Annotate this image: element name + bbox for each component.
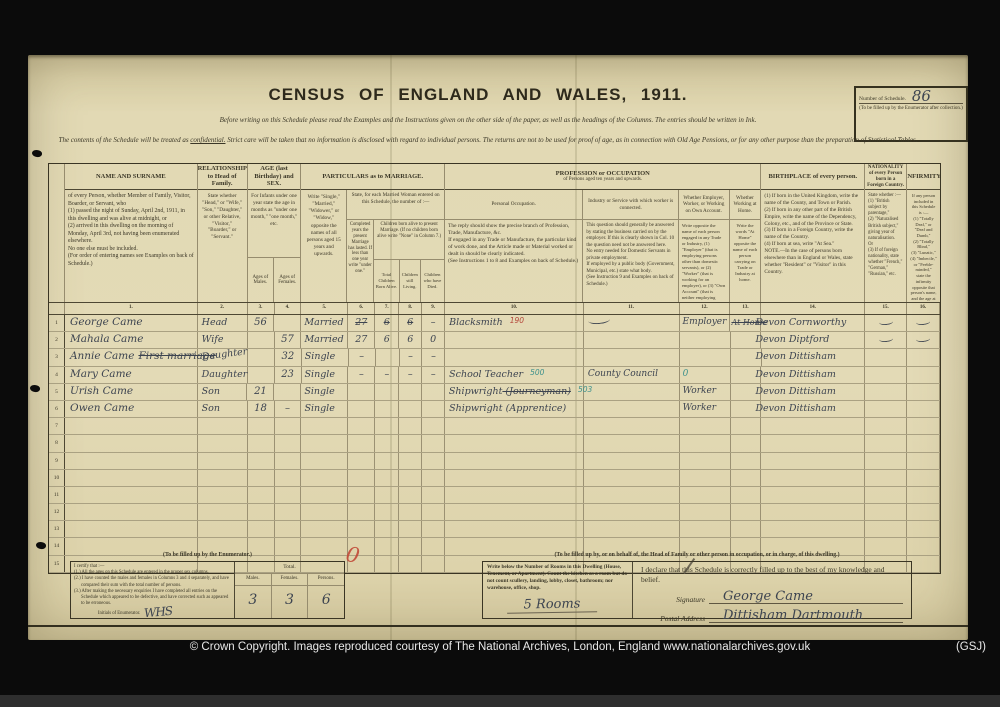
declaration-box: Write below the Number of Rooms in this … (482, 561, 912, 619)
cell-rel: Son (198, 401, 248, 417)
cell-nat (865, 367, 907, 383)
cell-age_m (248, 418, 275, 434)
cell-name: Owen Came (65, 401, 198, 417)
cell-marriage (301, 453, 348, 469)
column-number: 5. (301, 303, 348, 314)
enumerator-box: I certify that :— (1.) All the ages on t… (70, 561, 345, 619)
cell-born (375, 504, 399, 520)
cell-birthplace: Devon Diptford (761, 332, 865, 348)
cell-num: 1 (49, 315, 65, 331)
squiggle-mark (916, 318, 930, 325)
cell-died (422, 401, 445, 417)
cell-nat (865, 401, 907, 417)
cell-name: Annie CameFirst marriage (65, 349, 198, 365)
cell-inf (907, 401, 940, 417)
cell-industry (584, 521, 680, 537)
age-title: AGE (last Birthday) and SEX. (248, 164, 301, 190)
cell-age_m: 21 (247, 384, 274, 400)
infirmity-desc: If any person included in this Schedule … (907, 190, 940, 302)
cell-industry (584, 470, 680, 486)
cell-years: 27 (348, 315, 375, 331)
employer-desc: Write opposite the name of each person e… (679, 220, 729, 302)
cell-age_f (275, 521, 302, 537)
cell-age_f (274, 315, 301, 331)
cell-occupation (445, 504, 584, 520)
table-row: 1George CameHead56Married2766–Blacksmith… (49, 315, 940, 332)
marriage-title: PARTICULARS as to MARRIAGE. (301, 164, 444, 190)
cell-num: 14 (49, 538, 65, 554)
cell-occupation (445, 349, 584, 365)
cell-occupation (445, 435, 584, 451)
marriage-write-desc: Write "Single," "Married," "Widower," or… (301, 190, 347, 302)
cell-inf (907, 521, 940, 537)
birthplace-desc: (1) If born in the United Kingdom, write… (761, 190, 864, 302)
cell-nat (865, 521, 907, 537)
cell-industry (584, 487, 680, 503)
cell-nat (865, 504, 907, 520)
cell-nat (865, 470, 907, 486)
cell-employer (680, 521, 731, 537)
cell-rel (198, 504, 248, 520)
cell-num: 13 (49, 521, 65, 537)
declaration-cell: I declare that this Schedule is correctl… (633, 562, 911, 618)
cell-occupation: Shipwright (Journeyman)503 (445, 384, 584, 400)
initials-label: Initials of Enumerator. (98, 611, 140, 617)
cell-died: – (422, 315, 445, 331)
profession-title-sub: of Persons aged ten years and upwards. (563, 177, 642, 183)
age-desc: For Infants under one year state the age… (248, 190, 301, 258)
children-total-label: Total Children Born Alive. (374, 260, 400, 302)
cell-birthplace (761, 470, 865, 486)
table-row: 11 (49, 487, 940, 504)
column-number: 3. (248, 303, 275, 314)
cell-num: 9 (49, 453, 65, 469)
cell-died (422, 435, 445, 451)
cell-occupation (445, 487, 584, 503)
cell-inf (907, 315, 940, 331)
col-name-header: NAME AND SURNAME of every Person, whethe… (65, 164, 198, 302)
industry-desc: This question should generally be answer… (583, 220, 677, 302)
cell-marriage (301, 418, 348, 434)
cell-industry (584, 384, 680, 400)
signature-handwritten: George Came (709, 590, 903, 604)
column-number: 15. (865, 303, 907, 314)
cell-living (399, 418, 422, 434)
column-number: 12. (680, 303, 731, 314)
cell-years (348, 521, 375, 537)
cell-num: 4 (49, 367, 65, 383)
cell-inf (907, 538, 940, 554)
instruction-confidential-pre: The contents of the Schedule will be tre… (59, 136, 191, 144)
cell-industry (584, 418, 680, 434)
cell-inf (907, 367, 940, 383)
cell-living (399, 538, 422, 554)
nationality-title: NATIONALITY of every Person born in a Fo… (865, 164, 906, 190)
children-living-label: Children still Living. (400, 260, 421, 302)
cell-occupation: Shipwright (Apprentice) (445, 401, 584, 417)
cell-nat (865, 315, 907, 331)
declaration-section-heading: (To be filled up by, or on behalf of, th… (482, 552, 912, 558)
cell-died (422, 384, 445, 400)
cell-employer (680, 453, 731, 469)
table-row: 7 (49, 418, 940, 435)
cell-inf (907, 435, 940, 451)
cell-employer (680, 349, 731, 365)
cell-occupation (445, 453, 584, 469)
cell-occupation (445, 332, 584, 348)
cell-living: 6 (399, 315, 422, 331)
persons-label: Persons. (308, 574, 344, 585)
cell-inf (907, 453, 940, 469)
occupation-code: 500 (530, 368, 544, 377)
cell-name (65, 435, 198, 451)
cell-rel (198, 418, 248, 434)
instruction-confidential-post: Strict care will be taken that no inform… (226, 136, 800, 144)
cell-living: 6 (399, 332, 422, 348)
cell-birthplace (761, 418, 865, 434)
enumerator-initials-signature: WHS (144, 606, 173, 618)
cell-inf (907, 556, 940, 572)
cell-rel (198, 487, 248, 503)
column-number: 13. (730, 303, 761, 314)
column-number: 8. (399, 303, 422, 314)
cell-inf (907, 487, 940, 503)
cell-industry (584, 332, 680, 348)
postal-address-label: Postal Address (641, 614, 709, 623)
cell-age_f (275, 487, 302, 503)
cell-home (731, 487, 762, 503)
col-profession-header: PROFESSION or OCCUPATION of Persons aged… (445, 164, 761, 302)
cell-name (65, 487, 198, 503)
column-number: 6. (348, 303, 375, 314)
occupation-code: 190 (510, 316, 524, 325)
cell-marriage: Married (301, 332, 348, 348)
row-number-header (49, 164, 65, 302)
cell-marriage: Single (301, 384, 348, 400)
birthplace-title: BIRTHPLACE of every person. (761, 164, 864, 190)
cell-marriage (301, 470, 348, 486)
cell-nat (865, 349, 907, 365)
name-title: NAME AND SURNAME (65, 164, 197, 190)
table-row: 3Annie CameFirst marriageDaughter32Singl… (49, 349, 940, 366)
schedule-number-value: 86 (912, 90, 931, 102)
cell-birthplace: Devon Cornworthy (761, 315, 865, 331)
cell-years (348, 435, 375, 451)
rooms-note: Write below the Number of Rooms in this … (487, 564, 628, 593)
table-row: 13 (49, 521, 940, 538)
cell-died (422, 521, 445, 537)
enumerator-section-heading: (To be filled up by the Enumerator.) (70, 552, 345, 558)
col-age-header: AGE (last Birthday) and SEX. For Infants… (248, 164, 302, 302)
cell-employer (680, 504, 731, 520)
cell-rel: Daughter (198, 349, 248, 365)
cell-num: 11 (49, 487, 65, 503)
declaration-text: I declare that this Schedule is correctl… (641, 565, 903, 585)
cell-occupation (445, 418, 584, 434)
cell-living (399, 453, 422, 469)
cell-years (348, 418, 375, 434)
cell-employer (680, 418, 731, 434)
cell-home (731, 418, 762, 434)
schedule-number-note: (To be filled up by the Enumerator after… (859, 106, 963, 113)
cell-rel: Daughter (198, 367, 248, 383)
cell-age_m (248, 521, 275, 537)
table-row: 4Mary CameDaughter23Single––––School Tea… (49, 367, 940, 384)
column-numbers-row: 1.2.3.4.5.6.7.8.9.10.11.12.13.14.15.16. (49, 302, 940, 315)
cell-occupation (445, 521, 584, 537)
name-desc: of every Person, whether Member of Famil… (65, 190, 197, 302)
cell-home (731, 470, 762, 486)
table-row: 5Urish CameSon21SingleShipwright (Journe… (49, 384, 940, 401)
cell-num: 8 (49, 435, 65, 451)
cell-inf (907, 384, 940, 400)
cell-industry (584, 349, 680, 365)
column-number: 7. (375, 303, 399, 314)
cell-name (65, 504, 198, 520)
cell-born (375, 521, 399, 537)
instruction-line-2: The contents of the Schedule will be tre… (48, 135, 928, 146)
cell-name (65, 453, 198, 469)
males-label: Males. (235, 574, 272, 585)
cell-age_m: 56 (248, 315, 275, 331)
ages-of-males-label: Ages of Males. (248, 258, 274, 302)
cell-nat (865, 453, 907, 469)
cell-name (65, 521, 198, 537)
females-label: Females. (272, 574, 309, 585)
marriage-children-desc: Children born alive to present Marriage.… (374, 220, 444, 260)
cell-marriage (301, 487, 348, 503)
hole-punch (29, 384, 41, 394)
cell-name: Mahala Came (65, 332, 198, 348)
cell-rel: Son (198, 384, 248, 400)
cell-age_f (275, 453, 302, 469)
cell-num: 12 (49, 504, 65, 520)
cell-years (348, 487, 375, 503)
table-row: 10 (49, 470, 940, 487)
cell-age_m: 18 (248, 401, 275, 417)
cell-name (65, 418, 198, 434)
cell-age_f: 23 (275, 367, 302, 383)
cell-age_m (248, 332, 275, 348)
relationship-title: RELATIONSHIP to Head of Family. (198, 164, 247, 190)
working-at-home-label: Whether Working at Home. (730, 190, 761, 220)
cell-born (375, 487, 399, 503)
cell-age_m (248, 349, 275, 365)
cell-age_m (248, 504, 275, 520)
cell-years: – (348, 367, 375, 383)
cell-age_m (248, 453, 275, 469)
cell-nat (865, 435, 907, 451)
instruction-line-3: than the preparation of Statistical Tabl… (801, 136, 917, 144)
cell-rel (198, 435, 248, 451)
cell-rel (198, 470, 248, 486)
cell-home (731, 521, 762, 537)
cell-years (348, 384, 375, 400)
cell-died (422, 487, 445, 503)
cell-birthplace (761, 504, 865, 520)
cell-age_f (275, 504, 302, 520)
cell-marriage (301, 521, 348, 537)
cell-birthplace: Devon Dittisham (761, 384, 865, 400)
cell-years (348, 453, 375, 469)
rooms-cell: Write below the Number of Rooms in this … (483, 562, 633, 618)
cell-born (375, 435, 399, 451)
cell-employer (680, 332, 731, 348)
persons-total-value: 6 (308, 586, 344, 618)
cell-died (422, 538, 445, 554)
signature-label: Signature (641, 595, 709, 604)
cell-age_f: – (275, 401, 302, 417)
cell-marriage: Single (302, 367, 349, 383)
cell-occupation: School Teacher500 (445, 367, 584, 383)
cell-home (731, 504, 762, 520)
cell-birthplace (761, 521, 865, 537)
certify-item-2: (2.) I have counted the males and female… (74, 576, 231, 588)
cell-birthplace (761, 435, 865, 451)
col-marriage-header: PARTICULARS as to MARRIAGE. Write "Singl… (301, 164, 445, 302)
cell-employer: Worker (680, 384, 731, 400)
cell-living (399, 504, 422, 520)
cell-born (375, 418, 399, 434)
marriage-years-desc: Completed years the present Marriage has… (347, 220, 374, 302)
cell-born (375, 556, 399, 572)
cell-rel: Head (198, 315, 248, 331)
infirmity-title: INFIRMITY. (907, 164, 940, 190)
cell-age_f: 57 (275, 332, 302, 348)
cell-living (399, 556, 422, 572)
cell-living: – (399, 367, 422, 383)
scan-edge-strip (0, 695, 1000, 707)
table-header: NAME AND SURNAME of every Person, whethe… (49, 164, 940, 302)
cell-nat (865, 418, 907, 434)
cell-born (375, 453, 399, 469)
census-table: NAME AND SURNAME of every Person, whethe… (48, 163, 941, 574)
ages-of-females-label: Ages of Females. (274, 258, 300, 302)
cell-age_f (275, 418, 302, 434)
cell-employer: Employer (680, 315, 731, 331)
totals-table: Total. Males. Females. Persons. 3 3 6 (234, 562, 344, 618)
cell-years (348, 504, 375, 520)
cell-age_f (275, 470, 302, 486)
table-row: 6Owen CameSon18–SingleShipwright (Appren… (49, 401, 940, 418)
cell-name: Mary Came (65, 367, 198, 383)
cell-birthplace: Devon Dittisham (762, 349, 866, 365)
cell-born (375, 538, 399, 554)
cell-occupation (445, 470, 584, 486)
table-row: 2Mahala CameWife57Married27660Devon Dipt… (49, 332, 940, 349)
instruction-line-1: Before writing on this Schedule please r… (48, 115, 928, 126)
cell-living (399, 401, 422, 417)
cell-birthplace (761, 487, 865, 503)
cell-marriage: Married (301, 315, 348, 331)
cell-inf (907, 349, 940, 365)
working-at-home-desc: Write the words "At Home" opposite the n… (730, 220, 761, 302)
cell-inf (907, 418, 940, 434)
cell-marriage: Single (302, 349, 349, 365)
cell-industry (584, 453, 680, 469)
column-number: 14. (761, 303, 865, 314)
footer-tag: (GSJ) (956, 641, 986, 653)
cell-age_m (248, 367, 275, 383)
cell-birthplace: Devon Dittisham (761, 367, 865, 383)
column-number: 2. (198, 303, 248, 314)
cell-birthplace (761, 453, 865, 469)
cell-living (399, 487, 422, 503)
table-row: 8 (49, 435, 940, 452)
cell-inf (907, 470, 940, 486)
cell-died: 0 (422, 332, 445, 348)
row-number-col-spacer (49, 303, 65, 314)
profession-title-main: PROFESSION or OCCUPATION (556, 170, 650, 178)
profession-title: PROFESSION or OCCUPATION of Persons aged… (445, 164, 760, 190)
enumerator-certificate: I certify that :— (1.) All the ages on t… (71, 562, 234, 618)
cell-industry (584, 504, 680, 520)
cell-occupation: Blacksmith190 (445, 315, 584, 331)
column-number: 4. (275, 303, 302, 314)
table-row: 9 (49, 453, 940, 470)
table-row: 12 (49, 504, 940, 521)
census-form-paper: CENSUS OF ENGLAND AND WALES, 1911. Numbe… (28, 55, 968, 640)
cell-marriage (301, 435, 348, 451)
cell-inf (907, 504, 940, 520)
cell-num: 7 (49, 418, 65, 434)
cell-died (422, 453, 445, 469)
cell-num: 3 (49, 349, 65, 365)
schedule-number-box: Number of Schedule. 86 (To be filled up … (854, 86, 968, 142)
cell-died: – (422, 367, 445, 383)
cell-home (731, 435, 762, 451)
instruction-confidential-word: confidential. (190, 136, 225, 144)
males-total-value: 3 (235, 586, 272, 618)
census-schedule-scan: CENSUS OF ENGLAND AND WALES, 1911. Numbe… (0, 0, 1000, 707)
cell-employer (680, 487, 731, 503)
cell-rel (198, 521, 248, 537)
cell-name (65, 470, 198, 486)
postal-address-handwritten: Dittisham Dartmouth (709, 609, 903, 623)
cell-nat (865, 487, 907, 503)
squiggle-mark (916, 336, 930, 343)
cell-age_m (248, 470, 275, 486)
cell-born (375, 470, 399, 486)
cell-died (422, 418, 445, 434)
column-number: 16. (907, 303, 940, 314)
relationship-desc: State whether "Head," or "Wife," "Son," … (198, 190, 247, 302)
children-died-label: Children who have Died. (421, 260, 444, 302)
females-total-value: 3 (272, 586, 309, 618)
industry-label: Industry or Service with which worker is… (583, 190, 677, 220)
marriage-state-desc: State, for each Married Woman entered on… (347, 190, 444, 220)
cell-num: 5 (49, 384, 65, 400)
cell-age_f: 32 (275, 349, 302, 365)
hole-punch (31, 149, 43, 159)
col-birthplace-header: BIRTHPLACE of every person. (1) If born … (761, 164, 865, 302)
column-number: 1. (65, 303, 198, 314)
personal-occupation-label: Personal Occupation. (445, 190, 582, 220)
total-label: Total. (235, 562, 344, 574)
cell-rel (198, 453, 248, 469)
paper-fold-rule (28, 625, 968, 627)
cell-marriage (301, 504, 348, 520)
cell-died (422, 556, 445, 572)
column-number: 11. (584, 303, 680, 314)
cell-age_f (275, 435, 302, 451)
employer-label: Whether Employer, Worker, or Working on … (679, 190, 729, 220)
page-title: CENSUS OF ENGLAND AND WALES, 1911. (28, 85, 928, 105)
col-relationship-header: RELATIONSHIP to Head of Family. State wh… (198, 164, 248, 302)
cell-age_m (248, 435, 275, 451)
schedule-number-label: Number of Schedule. (859, 96, 906, 102)
cell-born (375, 384, 399, 400)
